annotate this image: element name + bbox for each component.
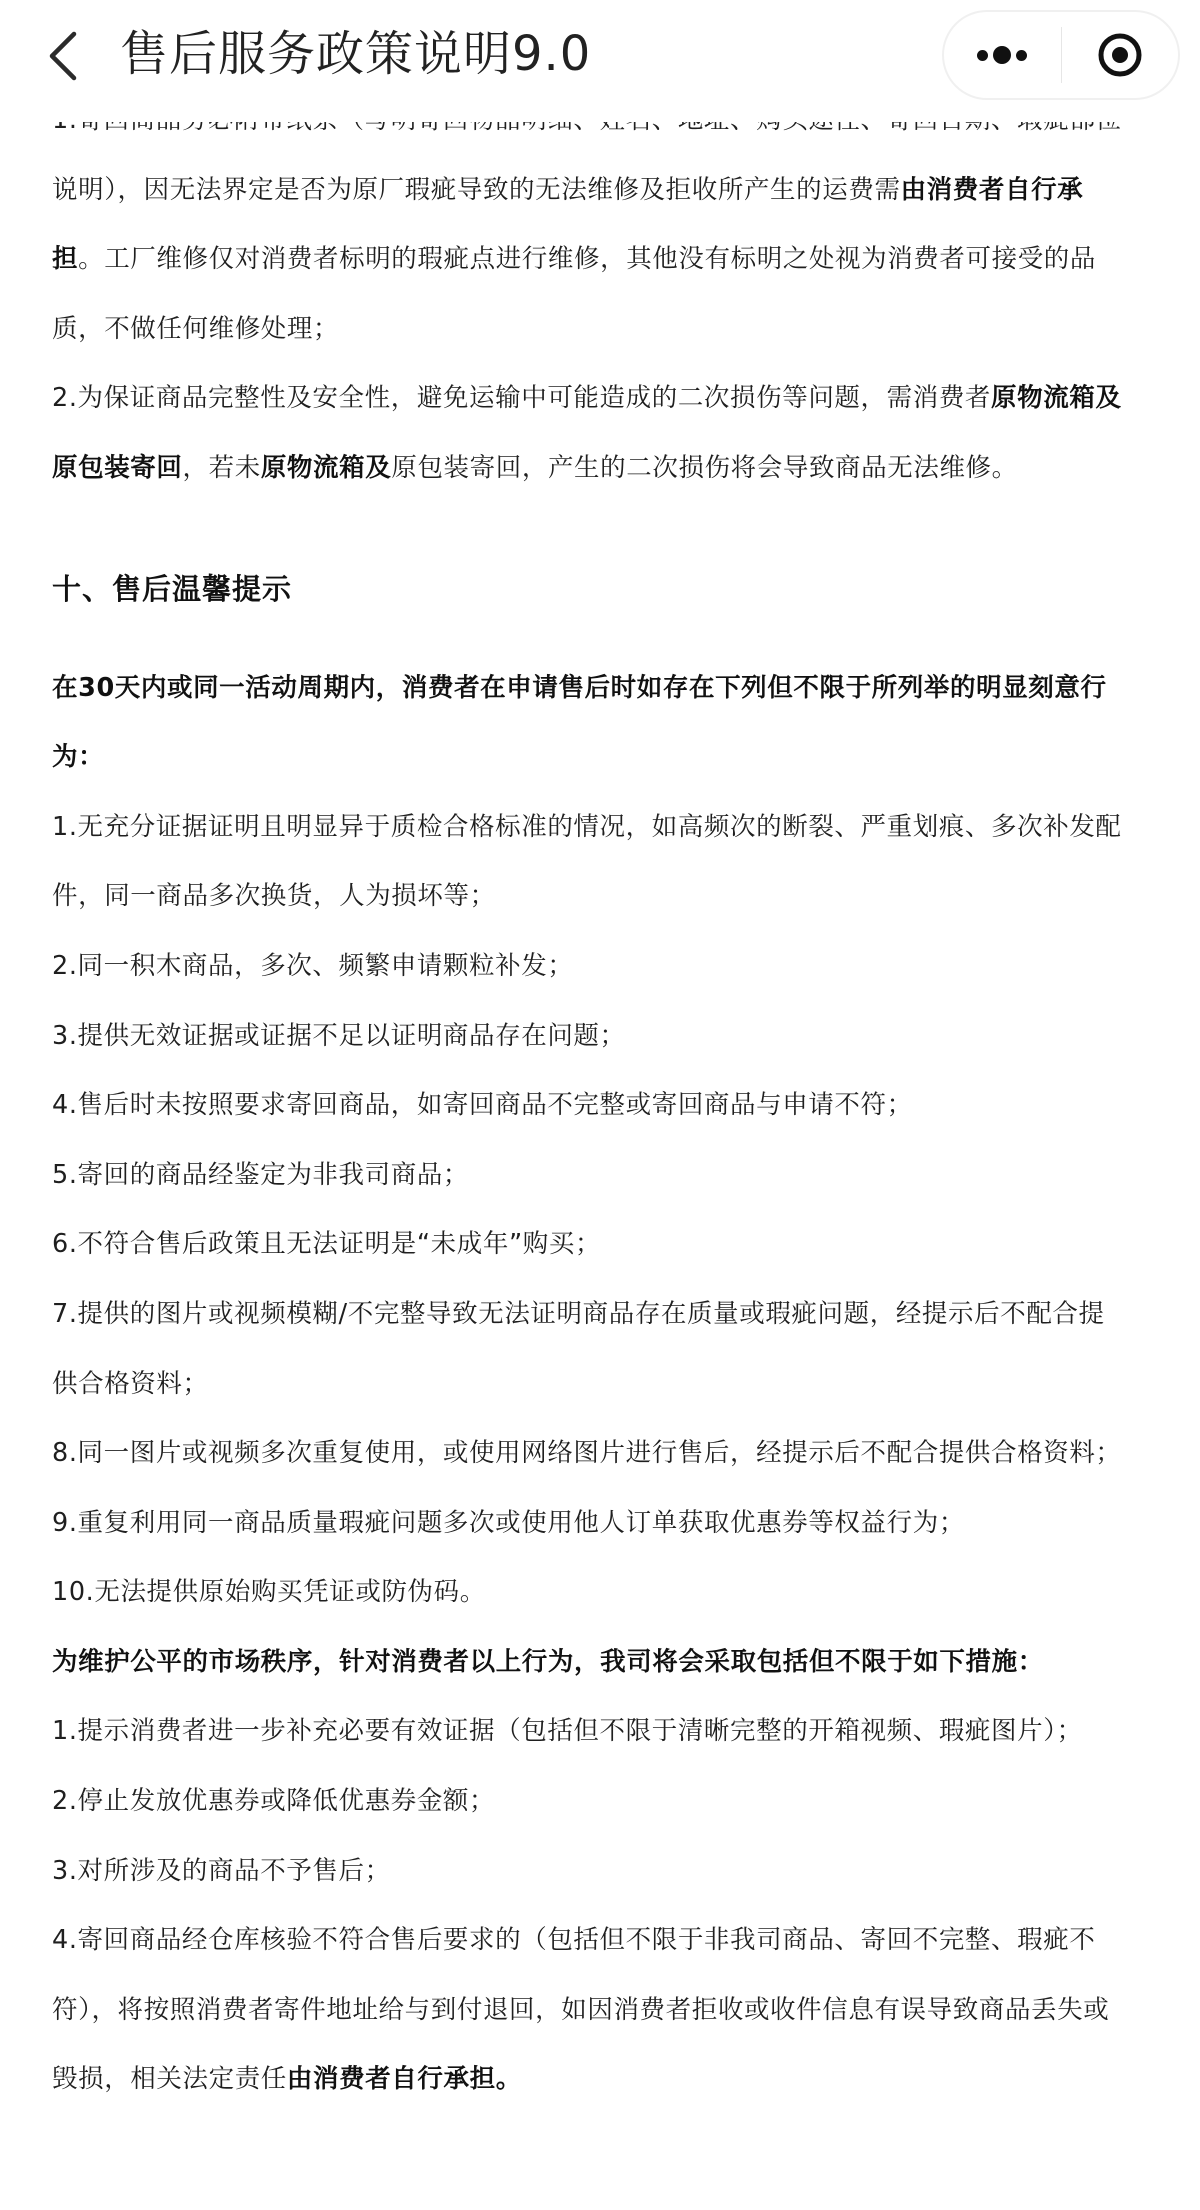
list-item-line: 符），将按照消费者寄件地址给与到付退回，如因消费者拒收或收件信息有误导致商品丢失… [52,1976,1162,2046]
text-line: 2.为保证商品完整性及安全性，避免运输中可能造成的二次损伤等问题，需消费者原物流… [52,364,1162,434]
close-mini-program-button[interactable] [1062,12,1179,98]
text-line: 原包装寄回，若未原物流箱及原包装寄回，产生的二次损伤将会导致商品无法维修。 [52,434,1162,504]
more-options-button[interactable] [944,12,1061,98]
list-item-line: 1.无充分证据证明且明显异于质检合格标准的情况，如高频次的断裂、严重划痕、多次补… [52,793,1162,863]
page-title: 售后服务政策说明9.0 [120,24,591,84]
list-item-line: 4.售后时未按照要求寄回商品，如寄回商品不完整或寄回商品与申请不符； [52,1071,1162,1141]
list-item-line: 2.同一积木商品，多次、频繁申请颗粒补发； [52,932,1162,1002]
body-text: 2.为保证商品完整性及安全性，避免运输中可能造成的二次损伤等问题，需消费者 [52,383,991,413]
list-item-line: 供合格资料； [52,1350,1162,1420]
more-dots-icon [977,46,1027,64]
list-item-line: 2.停止发放优惠券或降低优惠券金额； [52,1767,1162,1837]
spacer [52,504,1162,554]
text-line: 说明），因无法界定是否为原厂瑕疵导致的无法维修及拒收所产生的运费需由消费者自行承 [52,156,1162,226]
body-text: 。工厂维修仅对消费者标明的瑕疵点进行维修，其他没有标明之处视为消费者可接受的品 [78,244,1096,274]
emphasis-text: 原物流箱及 [991,383,1122,413]
emphasis-text: 原包装寄回 [52,453,183,483]
body-text: 毁损，相关法定责任 [52,2064,287,2094]
body-text: 说明），因无法界定是否为原厂瑕疵导致的无法维修及拒收所产生的运费需 [52,175,901,205]
back-button[interactable] [44,30,88,82]
list-item-line: 3.提供无效证据或证据不足以证明商品存在问题； [52,1002,1162,1072]
list-item-line: 1.提示消费者进一步补充必要有效证据（包括但不限于清晰完整的开箱视频、瑕疵图片）… [52,1697,1162,1767]
emphasis-text: 由消费者自行承 [901,175,1084,205]
body-text: 质，不做任何维修处理； [52,314,339,344]
list-item-line: 6.不符合售后政策且无法证明是“未成年”购买； [52,1210,1162,1280]
article-body: 1.寄回商品务必附带纸条（写明寄回物品明细、姓名、地址、购买途径、寄回日期、瑕疵… [52,86,1162,2115]
text-line: 担。工厂维修仅对消费者标明的瑕疵点进行维修，其他没有标明之处视为消费者可接受的品 [52,225,1162,295]
intro-line: 为： [52,723,1162,793]
emphasis-text: 由消费者自行承担。 [287,2064,522,2094]
return-shipping-notes: 1.寄回商品务必附带纸条（写明寄回物品明细、姓名、地址、购买途径、寄回日期、瑕疵… [52,86,1162,504]
intro-line: 为维护公平的市场秩序，针对消费者以上行为，我司将会采取包括但不限于如下措施： [52,1628,1162,1698]
list-item-line: 4.寄回商品经仓库核验不符合售后要求的（包括但不限于非我司商品、寄回不完整、瑕疵… [52,1906,1162,1976]
spacer [52,624,1162,654]
list-item-line: 5.寄回的商品经鉴定为非我司商品； [52,1141,1162,1211]
list-item-line: 件，同一商品多次换货，人为损坏等； [52,862,1162,932]
body-text: ，若未 [183,453,261,483]
intro-line: 在30天内或同一活动周期内，消费者在申请售后时如存在下列但不限于所列举的明显刻意… [52,654,1162,724]
chevron-left-icon [44,30,88,82]
company-measures: 为维护公平的市场秩序，针对消费者以上行为，我司将会采取包括但不限于如下措施： 1… [52,1628,1162,2115]
list-item-line: 10.无法提供原始购买凭证或防伪码。 [52,1558,1162,1628]
text-line: 质，不做任何维修处理； [52,295,1162,365]
list-item-line: 毁损，相关法定责任由消费者自行承担。 [52,2045,1162,2115]
nav-bar: 售后服务政策说明9.0 [0,0,1200,122]
prohibited-behaviors: 在30天内或同一活动周期内，消费者在申请售后时如存在下列但不限于所列举的明显刻意… [52,654,1162,1628]
target-circle-icon [1097,32,1143,78]
emphasis-text: 担 [52,244,78,274]
list-item-line: 7.提供的图片或视频模糊/不完整导致无法证明商品存在质量或瑕疵问题，经提示后不配… [52,1280,1162,1350]
emphasis-text: 原物流箱及 [261,453,392,483]
list-item-line: 8.同一图片或视频多次重复使用，或使用网络图片进行售后，经提示后不配合提供合格资… [52,1419,1162,1489]
section-heading: 十、售后温馨提示 [52,554,1162,624]
list-item-line: 3.对所涉及的商品不予售后； [52,1837,1162,1907]
body-text: 原包装寄回，产生的二次损伤将会导致商品无法维修。 [391,453,1017,483]
list-item-line: 9.重复利用同一商品质量瑕疵问题多次或使用他人订单获取优惠券等权益行为； [52,1489,1162,1559]
mini-program-capsule [942,10,1180,100]
